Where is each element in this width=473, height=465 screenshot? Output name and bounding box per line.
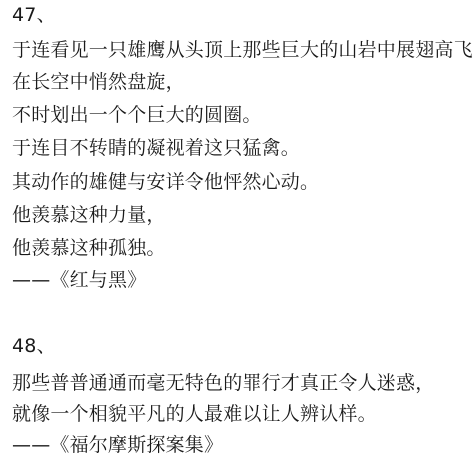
quote-line: 不时划出一个个巨大的圆圈。 — [12, 103, 262, 127]
quote-line: 他羡慕这种孤独。 — [12, 236, 166, 260]
quote-line: 于连目不转睛的凝视着这只猛禽。 — [12, 136, 300, 160]
attribution: ——《福尔摩斯探案集》 — [12, 433, 223, 457]
entry-number: 47、 — [12, 3, 56, 27]
quote-document: 47、 于连看见一只雄鹰从头顶上那些巨大的山岩中展翅高飞， 在长空中悄然盘旋， … — [0, 0, 473, 465]
quote-line: 就像一个相貌平凡的人最难以让人辨认样。 — [12, 402, 377, 426]
quote-line: 他羡慕这种力量， — [12, 203, 166, 227]
quote-line: 其动作的雄健与安详令他怦然心动。 — [12, 170, 319, 194]
quote-line: 那些普普通通而毫无特色的罪行才真正令人迷惑， — [12, 371, 434, 395]
entry-number: 48、 — [12, 334, 56, 358]
attribution: ——《红与黑》 — [12, 268, 146, 292]
quote-line: 在长空中悄然盘旋， — [12, 70, 185, 94]
quote-line: 于连看见一只雄鹰从头顶上那些巨大的山岩中展翅高飞， — [12, 38, 473, 62]
